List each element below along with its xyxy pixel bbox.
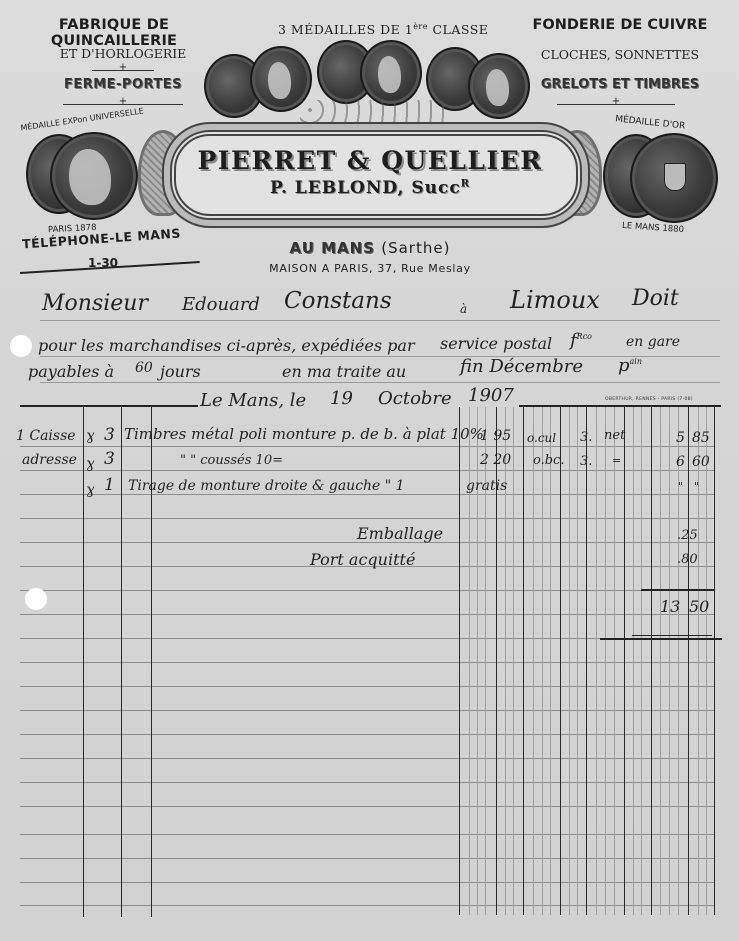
column-rule [459,407,460,915]
item-3-total-cents: " [694,480,699,493]
row-rule [20,710,715,711]
payment-days: 60 [135,360,153,376]
ornament-rule [557,104,675,105]
shipping-method: service postal [440,334,552,353]
printer-mark: OBERTHUR, RENNES - PARIS (7-08) [605,397,693,402]
terms-printed-1: pour les marchandises ci-après, expédiée… [38,336,415,355]
medal-portrait-icon [468,53,530,119]
item-2-count: 3. [580,454,592,469]
column-subrule [577,407,578,915]
row-rule [20,806,715,807]
column-rule [688,407,689,915]
row-rule [20,734,715,735]
packing-label: Emballage [357,524,443,543]
row-rule [20,858,715,859]
punch-hole [10,335,32,357]
item-2-qty: 3 [104,449,115,469]
addressee-preposition: à [460,302,467,316]
column-rule [586,407,587,915]
row-rule [20,686,715,687]
column-subrule [660,407,661,915]
right-medal-caption: MÉDAILLE D'OR [615,114,686,131]
column-rule [651,407,652,915]
column-subrule [569,407,570,915]
table-top-rule-left [20,405,198,407]
item-3-total-francs: " [678,480,683,493]
terms-printed-2a: payables à [28,362,114,381]
ornament-rule [63,104,183,105]
floral-garland-ornament [300,100,450,122]
invoice-paper: FABRIQUE DE QUINCAILLERIE ET D'HORLOGERI… [0,0,739,941]
addressee-town: Limoux [510,286,600,314]
item-1-count: 3. [580,430,592,445]
column-rule [523,407,524,915]
addressee-first-name: Edouard [182,294,260,315]
ornament-rule [92,70,154,71]
date-year: 1907 [468,385,514,406]
row-rule [20,834,715,835]
column-subrule [641,407,642,915]
column-subrule [542,407,543,915]
item-2-description: " " coussés 10= [180,453,283,468]
item-1-qty: 3 [104,425,115,445]
medals-caption: 3 MÉDAILLES DE 1ère CLASSE [278,22,488,37]
addressee-last-name: Constans [284,288,392,314]
column-subrule [706,407,707,915]
row-rule [20,662,715,663]
shipping-destination: en gare [626,334,680,350]
row-rule [20,590,715,591]
postage-label: Port acquitté [310,550,415,569]
column-subrule [550,407,551,915]
subtotal-rule [641,589,715,591]
column-rule [624,407,625,915]
bracket-mark: ɣ [86,428,94,444]
item-2-total-francs: 6 [676,454,685,470]
postage-amount: .80 [677,552,698,567]
date-day: 19 [330,388,353,409]
date-place: Le Mans, le [200,390,306,411]
company-cartouche: PIERRET & QUELLIER P. LEBLOND, SuccR [140,120,600,220]
column-subrule [633,407,634,915]
item-1-weight: o.cul [527,431,556,445]
column-subrule [533,407,534,915]
packing-amount: .25 [677,528,698,543]
column-subrule [596,407,597,915]
item-1-description: Timbres métal poli monture p. de b. à pl… [124,425,484,443]
item-2-note: = [612,454,621,467]
paris-address: MAISON A PARIS, 37, Rue Meslay [200,262,540,275]
writing-line [40,382,720,383]
item-1-mark: 1 Caisse [16,428,76,444]
row-rule [20,782,715,783]
header-right-line1: FONDERIE DE CUIVRE [530,17,710,33]
payment-term: fin Décembre [460,356,583,377]
header-left-line1: FABRIQUE DE QUINCAILLERIE [8,17,220,49]
column-rule [83,407,84,917]
grand-total-cents: 50 [689,597,709,616]
column-subrule [513,407,514,915]
city-line: AU MANS (Sarthe) [200,239,540,257]
left-medal-caption: MÉDAILLE EXPon UNIVERSELLE [20,106,144,132]
terms-printed-2b: jours [160,362,201,381]
column-rule [714,407,715,915]
column-subrule [614,407,615,915]
coat-of-arms-medal-icon [630,133,718,223]
row-rule [20,614,715,615]
cartouche-frame [170,130,582,220]
header-left-line2: ET D'HORLOGERIE [8,46,238,61]
row-rule [20,905,715,906]
header-right-line3: GRELOTS ET TIMBRES [530,77,710,92]
column-rule [121,407,122,917]
payment-term-next: pain [618,355,642,376]
republique-medal-icon [50,132,138,220]
item-2-total-cents: 60 [692,454,710,470]
date-month: Octobre [378,388,452,409]
item-2-mark: adresse [22,452,77,468]
item-1-total-cents: 85 [692,430,710,446]
column-rule [560,407,561,915]
total-double-rule [632,635,712,636]
row-rule [20,446,715,447]
total-double-rule [600,638,722,640]
row-rule [20,758,715,759]
company-name: PIERRET & QUELLIER [140,146,600,175]
row-rule [20,494,715,495]
item-3-unit-price: gratis [466,478,507,494]
bracket-mark: ɣ [86,456,94,472]
salutation: Monsieur [42,291,148,316]
item-2-weight: o.bc. [533,453,564,468]
shipping-franco: fRco [570,330,592,351]
item-1-total-francs: 5 [676,430,685,446]
successor-name: P. LEBLOND, SuccR [140,178,600,198]
medal-portrait-icon [360,40,422,106]
row-rule [20,518,715,519]
doit-label: Doit [632,286,679,311]
bracket-mark: ɣ [86,482,94,498]
column-subrule [669,407,670,915]
row-rule [20,882,715,883]
item-3-qty: 1 [104,475,115,495]
row-rule [20,470,715,471]
writing-line [40,320,720,321]
header-right-line2: CLOCHES, SONNETTES [530,47,710,62]
punch-hole [25,588,47,610]
item-1-note: net [604,428,625,443]
terms-printed-2c: en ma traite au [282,362,406,381]
item-2-unit-price: 2 20 [480,452,511,468]
telephone-label: TÉLÉPHONE-LE MANS [22,225,182,251]
column-subrule [605,407,606,915]
item-1-unit-price: 1 95 [480,428,511,444]
item-3-description: Tirage de monture droite & gauche " 1 [128,478,405,494]
grand-total-francs: 13 [660,597,680,616]
